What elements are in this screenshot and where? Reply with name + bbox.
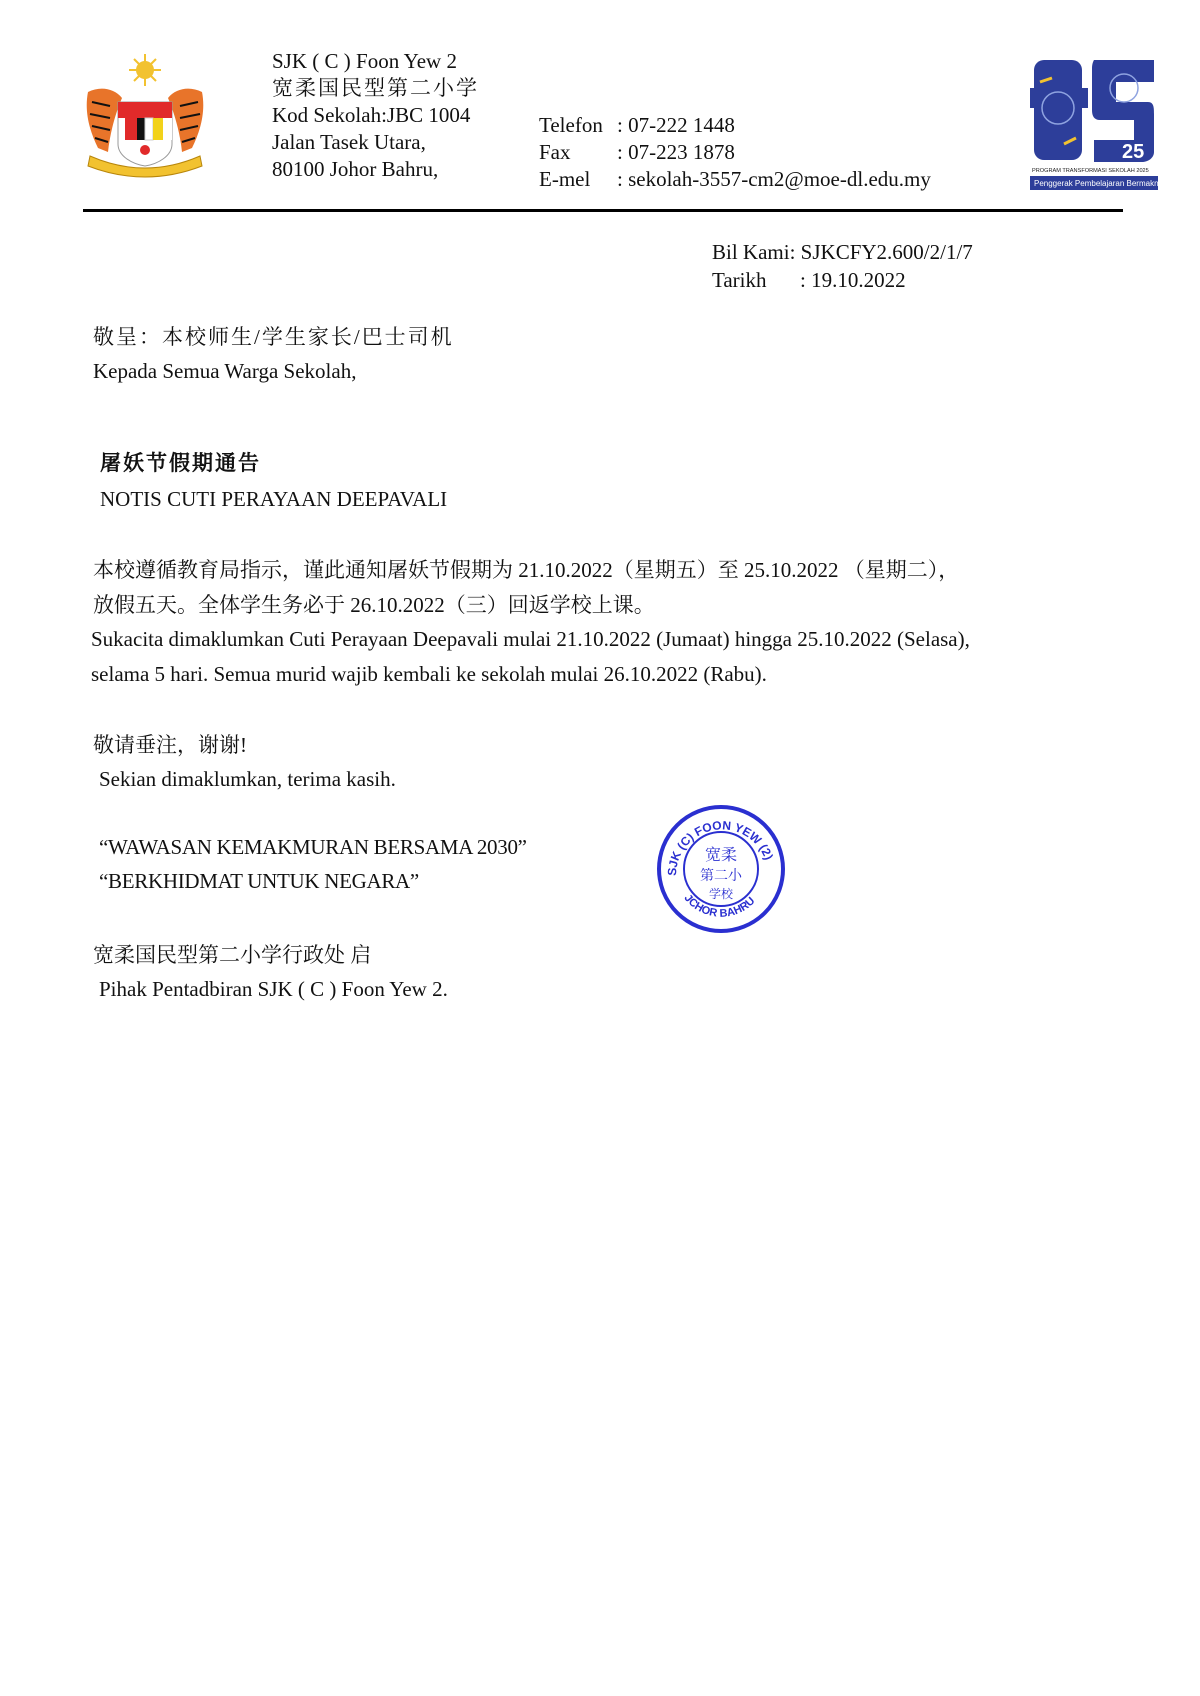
svg-text:宽柔: 宽柔 (705, 845, 737, 864)
header-divider (83, 209, 1123, 212)
date-value: : 19.10.2022 (800, 266, 906, 294)
contact-value: : 07-223 1878 (617, 139, 735, 166)
reference-number: Bil Kami : SJKCFY2.600/2/1/7 (712, 238, 973, 266)
body-ms-line-1: Sukacita dimaklumkan Cuti Perayaan Deepa… (91, 622, 970, 656)
address-line-2: 80100 Johor Bahru, (272, 156, 479, 183)
contact-label: Telefon (539, 112, 617, 139)
svg-text:25: 25 (1122, 141, 1144, 163)
reference-date: Tarikh : 19.10.2022 (712, 266, 973, 294)
signoff-cn: 宽柔国民型第二小学行政处 启 (93, 938, 371, 972)
contact-block: Telefon : 07-222 1448 Fax : 07-223 1878 … (539, 112, 931, 193)
address-line-1: Jalan Tasek Utara, (272, 129, 479, 156)
reference-value: : SJKCFY2.600/2/1/7 (790, 238, 973, 266)
contact-fax: Fax : 07-223 1878 (539, 139, 931, 166)
school-code: Kod Sekolah:JBC 1004 (272, 102, 479, 129)
contact-label: E-mel (539, 166, 617, 193)
malaysia-coat-of-arms-icon (80, 52, 210, 180)
salutation-cn: 敬呈：本校师生/学生家长/巴士司机 (93, 320, 454, 354)
svg-text:Penggerak Pembelajaran Bermakn: Penggerak Pembelajaran Bermakna (1034, 179, 1158, 188)
reference-block: Bil Kami : SJKCFY2.600/2/1/7 Tarikh : 19… (712, 238, 973, 294)
title-ms: NOTIS CUTI PERAYAAN DEEPAVALI (100, 482, 447, 516)
contact-email: E-mel : sekolah-3557-cm2@moe-dl.edu.my (539, 166, 931, 193)
ts25-logo-icon: 25 PROGRAM TRANSFORMASI SEKOLAH 2025 Pen… (1030, 58, 1158, 190)
contact-label: Fax (539, 139, 617, 166)
closing-ms: Sekian dimaklumkan, terima kasih. (99, 762, 396, 796)
closing-cn: 敬请垂注，谢谢! (93, 728, 247, 762)
signoff-ms: Pihak Pentadbiran SJK ( C ) Foon Yew 2. (99, 972, 448, 1006)
contact-value: : 07-222 1448 (617, 112, 735, 139)
school-stamp: SJK (C) FOON YEW (2) JCHOR BAHRU 宽柔 第二小 … (654, 802, 788, 936)
svg-text:第二小: 第二小 (700, 868, 743, 884)
title-cn: 屠妖节假期通告 (100, 446, 261, 480)
motto-2: “BERKHIDMAT UNTUK NEGARA” (99, 864, 419, 898)
date-label: Tarikh (712, 266, 800, 294)
school-name-cn: 宽柔国民型第二小学 (272, 75, 479, 102)
contact-phone: Telefon : 07-222 1448 (539, 112, 931, 139)
body-cn-line-1: 本校遵循教育局指示，谨此通知屠妖节假期为 21.10.2022（星期五）至 25… (93, 553, 959, 587)
school-info: SJK ( C ) Foon Yew 2 宽柔国民型第二小学 Kod Sekol… (272, 48, 479, 183)
school-name: SJK ( C ) Foon Yew 2 (272, 48, 479, 75)
contact-value: : sekolah-3557-cm2@moe-dl.edu.my (617, 166, 931, 193)
svg-text:PROGRAM TRANSFORMASI SEKOLAH 2: PROGRAM TRANSFORMASI SEKOLAH 2025 (1032, 168, 1149, 174)
motto-1: “WAWASAN KEMAKMURAN BERSAMA 2030” (99, 830, 527, 864)
reference-label: Bil Kami (712, 238, 790, 266)
salutation-ms: Kepada Semua Warga Sekolah, (93, 354, 356, 388)
body-cn-line-2: 放假五天。全体学生务必于 26.10.2022（三）回返学校上课。 (93, 588, 655, 622)
svg-text:学校: 学校 (709, 886, 734, 901)
body-ms-line-2: selama 5 hari. Semua murid wajib kembali… (91, 657, 767, 691)
